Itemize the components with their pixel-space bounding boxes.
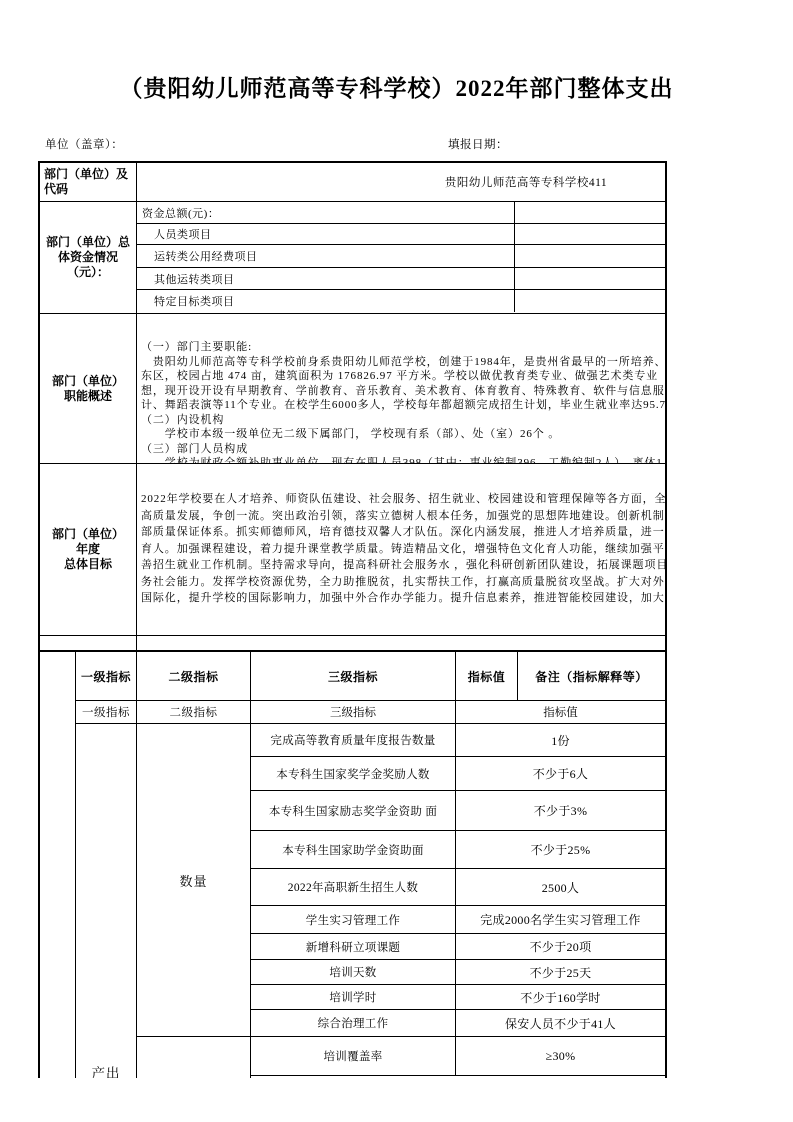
table-row: 资金总额(元)： [137,202,665,224]
indicator-value: 不少于3% [456,791,665,830]
table-row: 运转类公用经费项目 [137,245,665,268]
empty-value-cell [137,636,665,650]
level1-header: 一级指标 [76,652,136,701]
indicator-name: 2022年高职新生招生人数 [251,869,456,905]
dept-code-value-cell: 贵阳幼儿师范高等专科学校411 [137,163,665,201]
value-header: 指标值 [456,652,518,700]
indicator-value: ≥30% [456,1037,665,1075]
funding-row-label: 人员类项目 [137,224,514,244]
indicator-name: 培训天数 [251,960,456,984]
indicator-name: 培训覆盖率 [251,1037,456,1075]
page-title: （贵阳幼儿师范高等专科学校）2022年部门整体支出 [0,70,793,103]
funding-row-label: 运转类公用经费项目 [137,245,514,267]
indicator-table: 一级指标 一级指标 产出 二级指标 二级指标 数量 三级指标 指标值 备注（指标… [38,652,667,1078]
indicator-header-row: 三级指标 指标值 备注（指标解释等） [251,652,665,701]
indicator-name: 综合治理工作 [251,1010,456,1036]
functions-text: （一）部门主要职能: 贵阳幼儿师范高等专科学校前身系贵阳幼儿师范学校，创建于19… [137,314,665,463]
indicator-name: 本专科生国家奖学金奖励人数 [251,757,456,790]
indicator-value: 1份 [456,724,665,756]
dept-code-value: 贵阳幼儿师范高等专科学校411 [445,174,607,190]
level3-section: 三级指标 指标值 备注（指标解释等） 三级指标 指标值 完成高等教育质量年度报告… [251,652,665,1078]
table-row: 完成高等教育质量年度报告数量 1份 [251,724,665,757]
funding-group-label: 部门（单位）总 体资金情况 （元）： [40,202,137,313]
level3-header: 三级指标 [251,652,456,700]
level2-header: 二级指标 [137,652,250,701]
indicator-name: 本专科生国家励志奖学金资助 面 [251,791,456,830]
funding-row-label: 资金总额(元)： [137,202,514,223]
indicator-value: 不少于20项 [456,934,665,959]
indicator-value: 完成2000名学生实习管理工作 [456,906,665,933]
level2-group-label: 数量 [137,724,250,1037]
table-row-empty [40,636,665,650]
table-row-functions: 部门（单位） 职能概述 （一）部门主要职能: 贵阳幼儿师范高等专科学校前身系贵阳… [40,314,665,464]
goals-label: 部门（单位） 年度 总体目标 [40,464,137,635]
level1-group-cell: 产出 [76,724,136,1078]
indicator-name: 新增科研立项课题 [251,934,456,959]
unit-seal-label: 单位（盖章）： [45,136,123,152]
indicator-value: 2500人 [456,869,665,905]
level2-empty-cell [137,1037,250,1078]
empty-label-cell [40,636,137,650]
level1-column: 一级指标 一级指标 产出 [76,652,137,1078]
table-row-goals: 部门（单位） 年度 总体目标 2022年学校要在人才培养、师资队伍建设、社会服务… [40,464,665,636]
goals-text: 2022年学校要在人才培养、师资队伍建设、社会服务、招生就业、校园建设和管理保障… [137,464,665,635]
table-row: 培训学时 不少于160学时 [251,985,665,1010]
indicator-value: 不少于6人 [456,757,665,790]
indicator-value: 不少于25% [456,831,665,868]
table-row: 2022年高职新生招生人数 2500人 [251,869,665,906]
indicator-name: 本专科生国家助学金资助面 [251,831,456,868]
table-row: 其他运转类项目 [137,268,665,290]
table-row: 综合治理工作 保安人员不少于41人 [251,1010,665,1037]
indicator-value: 不少于160学时 [456,985,665,1009]
funding-value-cell [514,245,665,267]
indicator-value: 不少于25天 [456,960,665,984]
indicator-name: 培训学时 [251,985,456,1009]
dept-code-label: 部门（单位）及 代码 [40,163,137,201]
indicator-spacer-column [40,652,76,1078]
table-row: 本专科生国家助学金资助面 不少于25% [251,831,665,869]
level2-subheader: 二级指标 [137,701,250,724]
table-row: 培训天数 不少于25天 [251,960,665,985]
level2-column: 二级指标 二级指标 数量 [137,652,251,1078]
info-table: 部门（单位）及 代码 贵阳幼儿师范高等专科学校411 部门（单位）总 体资金情况… [38,161,667,652]
table-row: 本专科生国家奖学金奖励人数 不少于6人 [251,757,665,791]
table-row: 新增科研立项课题 不少于20项 [251,934,665,960]
funding-rows: 资金总额(元)： 人员类项目 运转类公用经费项目 其他运转类项目 特定目标类项目 [137,202,665,313]
table-row: 培训覆盖率 ≥30% [251,1037,665,1076]
table-row-dept-code: 部门（单位）及 代码 贵阳幼儿师范高等专科学校411 [40,163,665,202]
level1-group-label: 产出 [76,1062,136,1078]
indicator-name: 完成高等教育质量年度报告数量 [251,724,456,756]
funding-value-cell [514,224,665,244]
level3-subheader: 三级指标 [251,701,456,723]
table-row: 人员类项目 [137,224,665,245]
fill-date-label: 填报日期： [448,136,508,152]
funding-row-label: 其他运转类项目 [137,268,514,289]
value-subheader: 指标值 [456,701,665,723]
document-page: （贵阳幼儿师范高等专科学校）2022年部门整体支出 单位（盖章）： 填报日期： … [0,0,793,1122]
table-row: 学生实习管理工作 完成2000名学生实习管理工作 [251,906,665,934]
indicator-name: 学生实习管理工作 [251,906,456,933]
table-row: 特定目标类项目 [137,290,665,312]
funding-value-cell [514,290,665,312]
indicator-value: 保安人员不少于41人 [456,1010,665,1036]
indicator-subheader-row: 三级指标 指标值 [251,701,665,724]
funding-row-label: 特定目标类项目 [137,290,514,312]
note-header: 备注（指标解释等） [518,652,665,700]
funding-value-cell [514,268,665,289]
level1-subheader: 一级指标 [76,701,136,724]
funding-value-cell [514,202,665,223]
functions-label: 部门（单位） 职能概述 [40,314,137,463]
table-row: 本专科生国家励志奖学金资助 面 不少于3% [251,791,665,831]
table-row-funding-group: 部门（单位）总 体资金情况 （元）： 资金总额(元)： 人员类项目 运转类公用经… [40,202,665,314]
